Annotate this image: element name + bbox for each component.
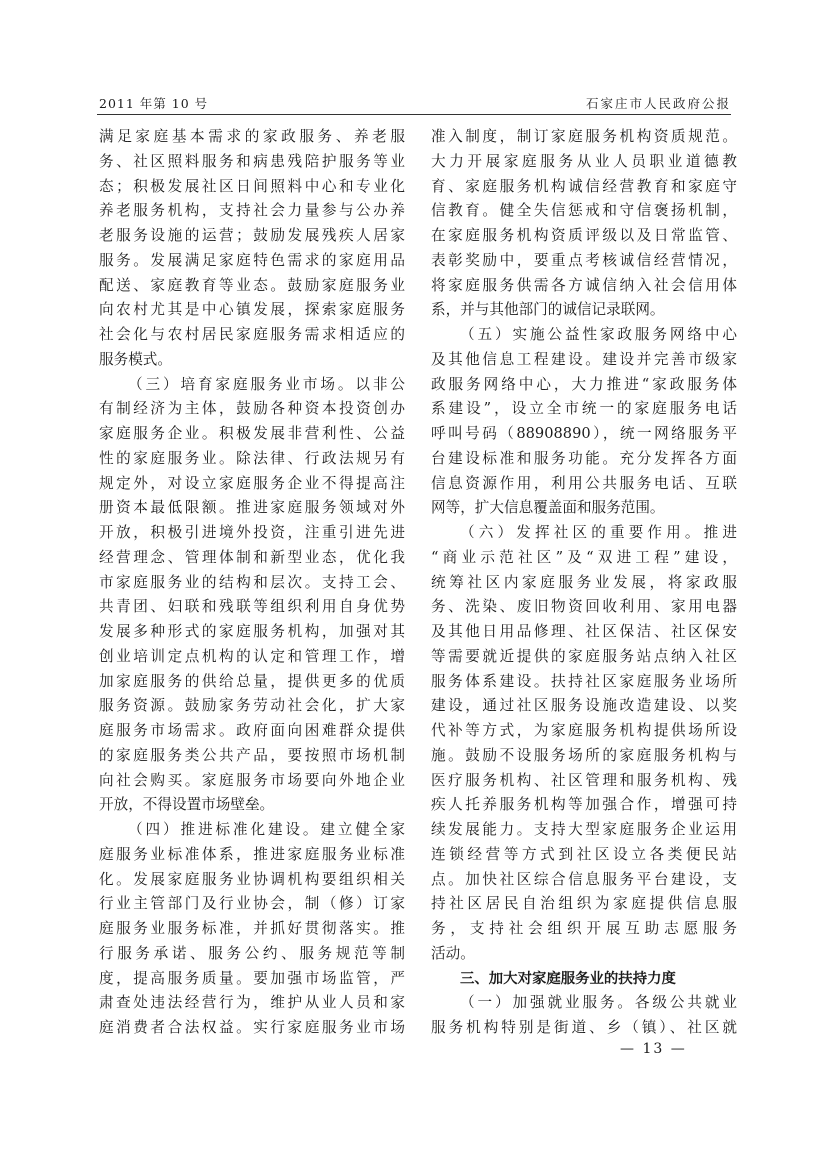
text-line: 服务模式。: [99, 348, 405, 373]
text-line: 大力开展家庭服务从业人员职业道德教: [431, 150, 737, 175]
subsection-1-start: （一）加强就业服务。各级公共就业: [431, 991, 737, 1016]
text-line: 规定外，对设立家庭服务企业不得提高注: [99, 472, 405, 497]
text-line: 系，并与其他部门的诚信记录联网。: [431, 298, 737, 323]
text-line: 庭消费者合法权益。实行家庭服务业市场: [99, 1016, 405, 1041]
text-line: 信教育。健全失信惩戒和守信褒扬机制，: [431, 199, 737, 224]
text-line: 系建设”，设立全市统一的家庭服务电话: [431, 397, 737, 422]
text-line: 开放，积极引进境外投资，注重引进先进: [99, 521, 405, 546]
text-line: 社会化与农村居民家庭服务需求相适应的: [99, 323, 405, 348]
text-line: 性的家庭服务业。除法律、行政法规另有: [99, 447, 405, 472]
text-line: 满足家庭基本需求的家政服务、养老服: [99, 125, 405, 150]
text-line: 册资本最低限额。推进家庭服务领域对外: [99, 496, 405, 521]
text-line: 务，支持社会组织开展互助志愿服务: [431, 917, 737, 942]
text-line: 向社会购买。家庭服务市场要向外地企业: [99, 769, 405, 794]
text-line: 连锁经营等方式到社区设立各类便民站: [431, 843, 737, 868]
text-line: 庭服务市场需求。政府面向困难群众提供: [99, 719, 405, 744]
text-line: 家庭服务企业。积极发展非营利性、公益: [99, 422, 405, 447]
text-line: 统筹社区内家庭服务业发展，将家政服: [431, 571, 737, 596]
text-line: 台建设标准和服务功能。充分发挥各方面: [431, 447, 737, 472]
text-line: 加家庭服务的供给总量，提供更多的优质: [99, 670, 405, 695]
text-line: 代补等方式，为家庭服务机构提供场所设: [431, 719, 737, 744]
text-line: 化。发展家庭服务业协调机构要组织相关: [99, 868, 405, 893]
text-line: 疾人托养服务机构等加强合作，增强可持: [431, 793, 737, 818]
text-line: 共青团、妇联和残联等组织利用自身优势: [99, 595, 405, 620]
text-line: 开放，不得设置市场壁垒。: [99, 793, 405, 818]
left-column: 满足家庭基本需求的家政服务、养老服 务、社区照料服务和病患残陪护服务等业 态；积…: [99, 125, 405, 1041]
text-line: 配送、家庭教育等业态。鼓励家庭服务业: [99, 274, 405, 299]
text-line: 的家庭服务类公共产品，要按照市场机制: [99, 744, 405, 769]
text-line: 行服务承诺、服务公约、服务规范等制: [99, 942, 405, 967]
text-line: “商业示范社区”及“双进工程”建设，: [431, 546, 737, 571]
text-line: 建设，通过社区服务设施改造建设、以奖: [431, 694, 737, 719]
text-line: 庭服务业服务标准，并抓好贯彻落实。推: [99, 917, 405, 942]
text-line: 持社区居民自治组织为家庭提供信息服: [431, 892, 737, 917]
text-line: 务、洗染、废旧物资回收利用、家用电器: [431, 595, 737, 620]
section-3-start: （三）培育家庭服务业市场。以非公: [99, 373, 405, 398]
text-line: 点。加快社区综合信息服务平台建设，支: [431, 868, 737, 893]
text-line: 创业培训定点机构的认定和管理工作，增: [99, 645, 405, 670]
text-line: 老服务设施的运营；鼓励发展残疾人居家: [99, 224, 405, 249]
text-line: 及其他日用品修理、社区保洁、社区保安: [431, 620, 737, 645]
right-column: 准入制度，制订家庭服务机构资质规范。 大力开展家庭服务从业人员职业道德教 育、家…: [431, 125, 737, 1041]
text-line: 度，提高服务质量。要加强市场监管，严: [99, 967, 405, 992]
text-line: 发展多种形式的家庭服务机构，加强对其: [99, 620, 405, 645]
publication-title: 石家庄市人民政府公报: [586, 94, 731, 112]
section-6-start: （六）发挥社区的重要作用。推进: [431, 521, 737, 546]
text-line: 服务资源。鼓励家务劳动社会化，扩大家: [99, 694, 405, 719]
text-line: 施。鼓励不设服务场所的家庭服务机构与: [431, 744, 737, 769]
header-rule: [97, 114, 731, 115]
text-line: 等需要就近提供的家庭服务站点纳入社区: [431, 645, 737, 670]
text-line: 养老服务机构，支持社会力量参与公办养: [99, 199, 405, 224]
text-line: 态；积极发展社区日间照料中心和专业化: [99, 175, 405, 200]
text-line: 表彰奖励中，要重点考核诚信经营情况，: [431, 249, 737, 274]
text-line: 将家庭服务供需各方诚信纳入社会信用体: [431, 274, 737, 299]
text-line: 经营理念、管理体制和新型业态，优化我: [99, 546, 405, 571]
section-5-start: （五）实施公益性家政服务网络中心: [431, 323, 737, 348]
text-line: 续发展能力。支持大型家庭服务企业运用: [431, 818, 737, 843]
text-line: 准入制度，制订家庭服务机构资质规范。: [431, 125, 737, 150]
text-line: 育、家庭服务机构诚信经营教育和家庭守: [431, 175, 737, 200]
text-line: 活动。: [431, 942, 737, 967]
text-line: 服务机构特别是街道、乡（镇）、社区就: [431, 1016, 737, 1041]
text-line: 向农村尤其是中心镇发展，探索家庭服务: [99, 298, 405, 323]
text-line: 网等，扩大信息覆盖面和服务范围。: [431, 496, 737, 521]
text-line: 政服务网络中心，大力推进“家政服务体: [431, 373, 737, 398]
text-line: 肃查处违法经营行为，维护从业人员和家: [99, 991, 405, 1016]
running-header: 2011 年第 10 号 石家庄市人民政府公报: [97, 94, 731, 114]
text-line: 医疗服务机构、社区管理和服务机构、残: [431, 769, 737, 794]
text-line: 服务体系建设。扶持社区家庭服务业场所: [431, 670, 737, 695]
text-line: 及其他信息工程建设。建设并完善市级家: [431, 348, 737, 373]
section-4-start: （四）推进标准化建设。建立健全家: [99, 818, 405, 843]
text-line: 服务。发展满足家庭特色需求的家庭用品: [99, 249, 405, 274]
text-line: 庭服务业标准体系，推进家庭服务业标准: [99, 843, 405, 868]
section-heading: 三、加大对家庭服务业的扶持力度: [431, 967, 737, 992]
text-line: 在家庭服务机构资质评级以及日常监管、: [431, 224, 737, 249]
text-line: 务、社区照料服务和病患残陪护服务等业: [99, 150, 405, 175]
text-line: 行业主管部门及行业协会，制（修）订家: [99, 892, 405, 917]
text-line: 有制经济为主体，鼓励各种资本投资创办: [99, 397, 405, 422]
page-number: — 13 —: [620, 1041, 687, 1057]
text-line: 信息资源作用，利用公共服务电话、互联: [431, 472, 737, 497]
issue-label: 2011 年第 10 号: [99, 94, 208, 112]
text-line: 市家庭服务业的结构和层次。支持工会、: [99, 571, 405, 596]
text-line: 呼叫号码（88908890），统一网络服务平: [431, 422, 737, 447]
